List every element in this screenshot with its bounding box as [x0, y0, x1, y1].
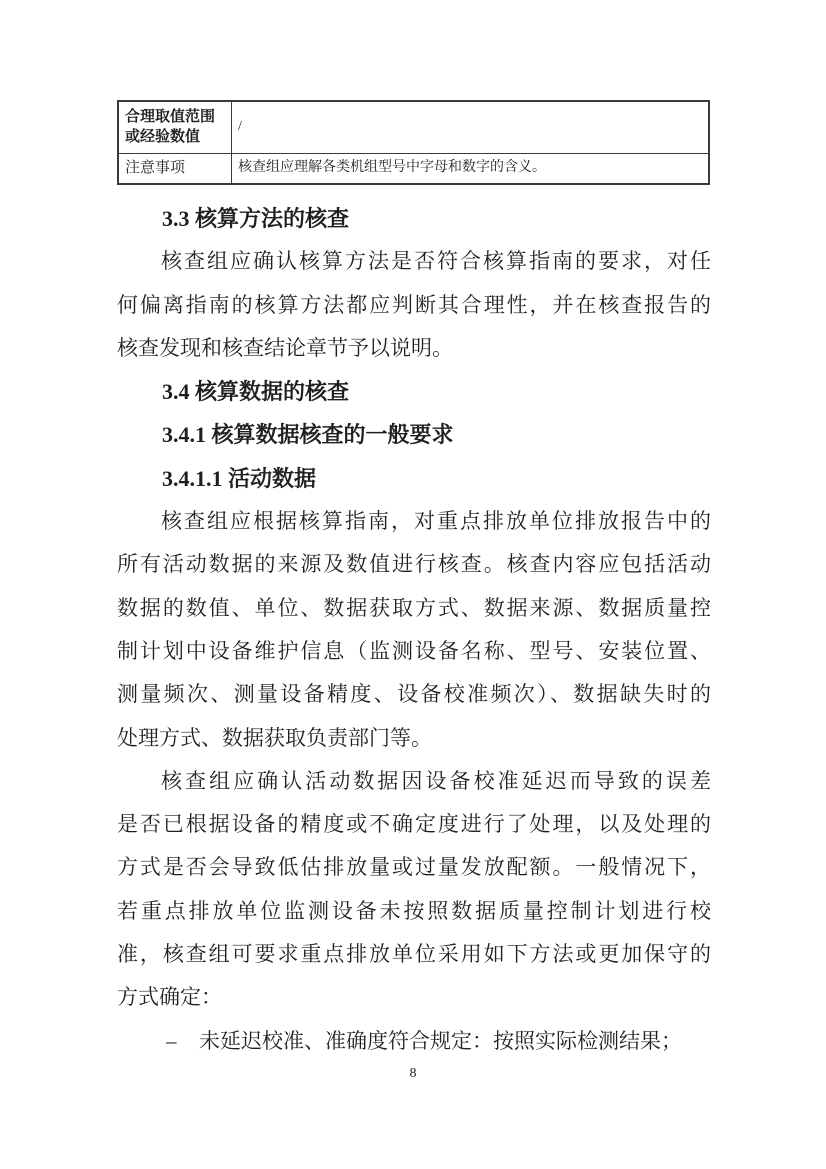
paragraph-line: 测量频次、测量设备精度、设备校准频次）、数据缺失时的	[117, 673, 711, 716]
paragraph-line: 所有活动数据的来源及数值进行核查。核查内容应包括活动	[117, 543, 711, 586]
paragraph-line: 何偏离指南的核算方法都应判断其合理性，并在核查报告的	[117, 284, 711, 327]
paragraph-line: 方式是否会导致低估排放量或过量发放配额。一般情况下，	[117, 846, 711, 889]
paragraph-line: 准，核查组可要求重点排放单位采用如下方法或更加保守的	[117, 933, 711, 976]
paragraph-line: 若重点排放单位监测设备未按照数据质量控制计划进行校	[117, 890, 711, 933]
paragraph-line: 方式确定：	[117, 976, 711, 1019]
section-heading-3-3: 3.3 核算方法的核查	[117, 197, 711, 240]
section-heading-3-4: 3.4 核算数据的核查	[117, 370, 711, 413]
parameter-table: 合理取值范围 或经验数值 / 注意事项 核查组应理解各类机组型号中字母和数字的含…	[117, 100, 710, 185]
table-label-cell: 注意事项	[118, 153, 232, 184]
table-row: 合理取值范围 或经验数值 /	[118, 101, 709, 153]
bullet-text: 未延迟校准、准确度符合规定：按照实际检测结果；	[199, 1029, 682, 1053]
document-page: 合理取值范围 或经验数值 / 注意事项 核查组应理解各类机组型号中字母和数字的含…	[0, 0, 826, 1169]
paragraph-line: 数据的数值、单位、数据获取方式、数据来源、数据质量控	[117, 587, 711, 630]
paragraph-line: 核查发现和核查结论章节予以说明。	[117, 327, 711, 370]
table-value-cell: 核查组应理解各类机组型号中字母和数字的含义。	[232, 153, 710, 184]
paragraph-line: 核查组应根据核算指南，对重点排放单位排放报告中的	[117, 500, 711, 543]
document-body: 3.3 核算方法的核查 核查组应确认核算方法是否符合核算指南的要求，对任 何偏离…	[117, 197, 711, 1063]
paragraph-line: 核查组应确认活动数据因设备校准延迟而导致的误差	[117, 760, 711, 803]
page-number: 8	[0, 1066, 826, 1082]
paragraph-line: 制计划中设备维护信息（监测设备名称、型号、安装位置、	[117, 630, 711, 673]
paragraph-line: 核查组应确认核算方法是否符合核算指南的要求，对任	[117, 240, 711, 283]
dash-marker: –	[166, 1020, 199, 1063]
paragraph-line: 处理方式、数据获取负责部门等。	[117, 717, 711, 760]
table-value-cell: /	[232, 101, 710, 153]
bullet-item: –未延迟校准、准确度符合规定：按照实际检测结果；	[117, 1020, 711, 1063]
table-row: 注意事项 核查组应理解各类机组型号中字母和数字的含义。	[118, 153, 709, 184]
table-header-line: 或经验数值	[125, 127, 225, 147]
section-heading-3-4-1: 3.4.1 核算数据核查的一般要求	[117, 413, 711, 456]
paragraph-line: 是否已根据设备的精度或不确定度进行了处理，以及处理的	[117, 803, 711, 846]
table-header-line: 合理取值范围	[125, 107, 225, 127]
section-heading-3-4-1-1: 3.4.1.1 活动数据	[117, 457, 711, 500]
table-header-cell: 合理取值范围 或经验数值	[118, 101, 232, 153]
